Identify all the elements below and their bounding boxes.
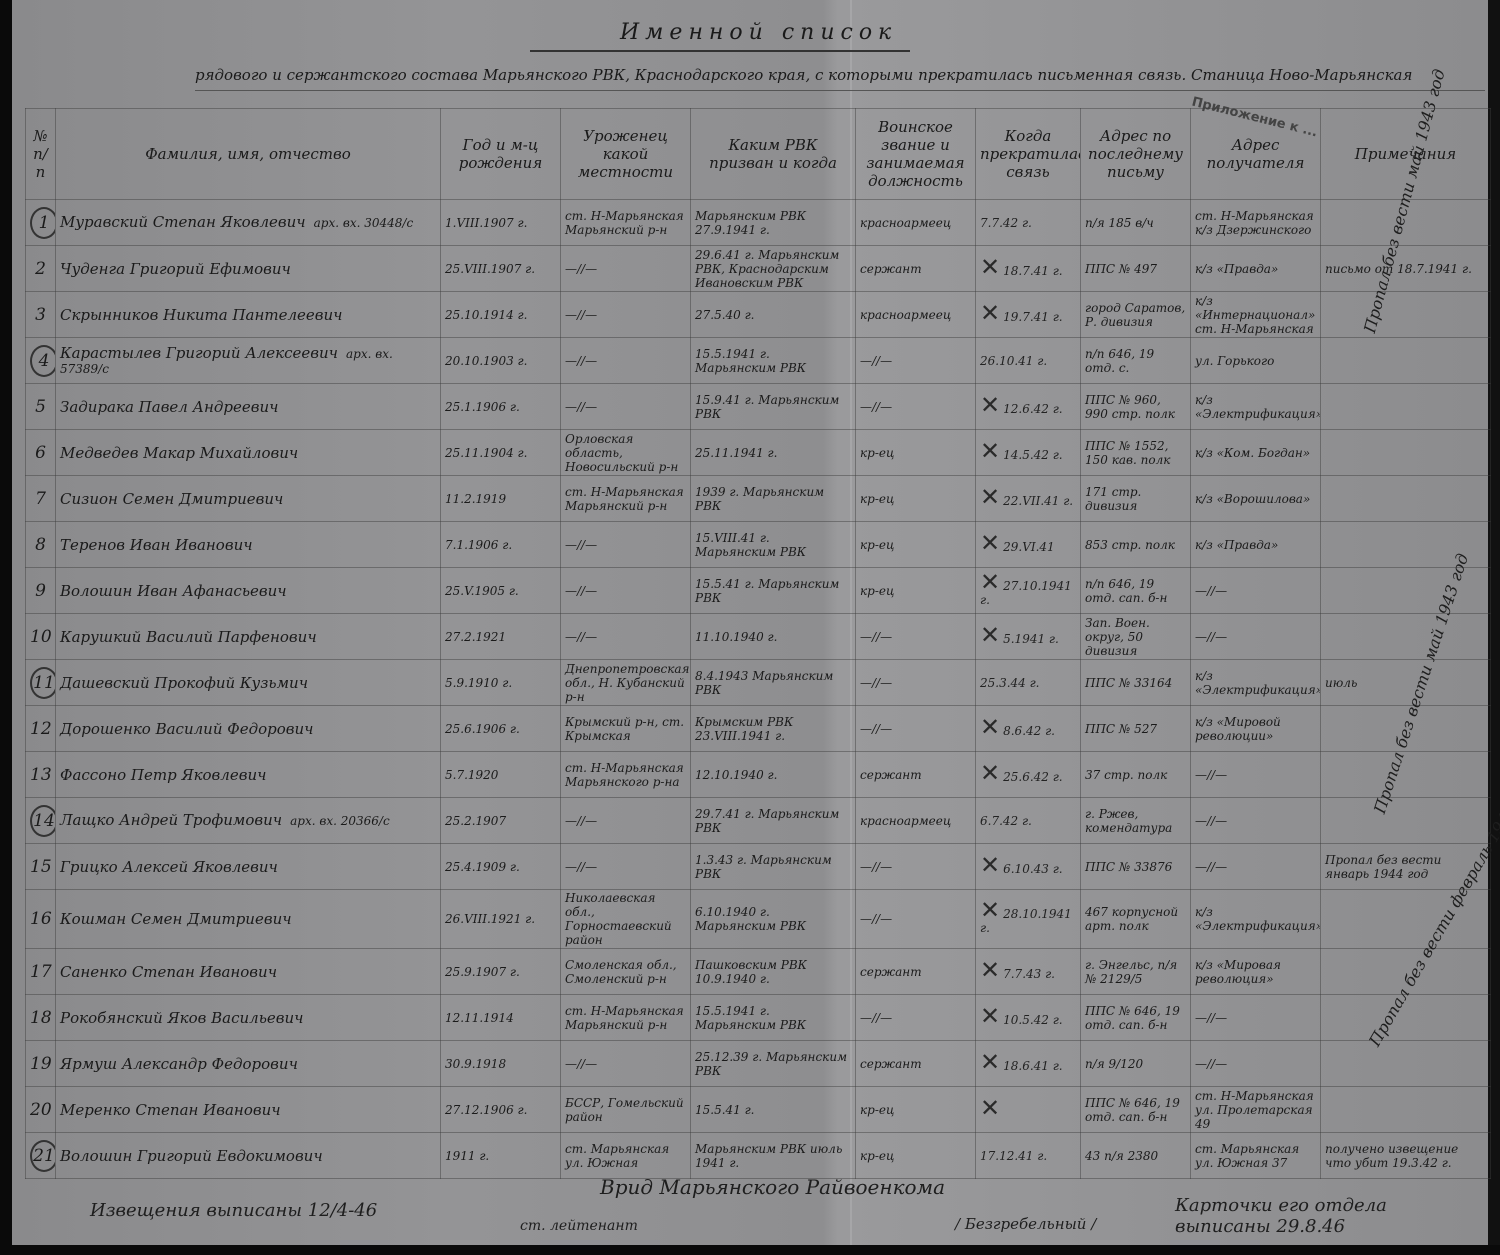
remark: письмо от 18.7.1941 г.	[1321, 246, 1491, 292]
person-name-text: Ярмуш Александр Федорович	[60, 1055, 298, 1073]
contact-lost-date: ✕14.5.42 г.	[976, 430, 1081, 476]
rank: кр-ец	[856, 568, 976, 614]
table-row: 2Чуденга Григорий Ефимович25.VIII.1907 г…	[26, 246, 1491, 292]
birthplace: —//—	[561, 522, 691, 568]
person-name-text: Меренко Степан Иванович	[60, 1101, 281, 1119]
person-name-text: Муравский Степан Яковлевич	[60, 213, 306, 231]
birthplace: —//—	[561, 246, 691, 292]
birth-date: 25.1.1906 г.	[441, 384, 561, 430]
person-name: Задирака Павел Андреевич	[56, 384, 441, 430]
rank: кр-ец	[856, 430, 976, 476]
birth-date: 25.6.1906 г.	[441, 706, 561, 752]
contact-lost-date-text: 19.7.41 г.	[1003, 310, 1063, 324]
row-number: 5	[26, 384, 56, 430]
cross-mark-icon: ✕	[980, 1002, 1000, 1030]
recipient-address: к/з «Правда»	[1191, 246, 1321, 292]
contact-lost-date-text: 17.12.41 г.	[980, 1149, 1047, 1163]
rank: красноармеец	[856, 798, 976, 844]
person-name: Теренов Иван Иванович	[56, 522, 441, 568]
contact-lost-date: ✕5.1941 г.	[976, 614, 1081, 660]
table-row: 1Муравский Степан Яковлевичарх. вх. 3044…	[26, 200, 1491, 246]
birth-date: 25.4.1909 г.	[441, 844, 561, 890]
drafted-by: 25.12.39 г. Марьянским РВК	[691, 1041, 856, 1087]
contact-lost-date: ✕25.6.42 г.	[976, 752, 1081, 798]
row-number: 3	[26, 292, 56, 338]
recipient-address: —//—	[1191, 995, 1321, 1041]
contact-lost-date: ✕12.6.42 г.	[976, 384, 1081, 430]
table-row: 6Медведев Макар Михайлович25.11.1904 г.О…	[26, 430, 1491, 476]
last-address: Зап. Воен. округ, 50 дивизия	[1081, 614, 1191, 660]
scan-edge-bottom	[0, 1245, 1500, 1255]
table-row: 13Фассоно Петр Яковлевич5.7.1920ст. Н-Ма…	[26, 752, 1491, 798]
row-number: 10	[26, 614, 56, 660]
recipient-address: к/з «Правда»	[1191, 522, 1321, 568]
birth-date: 20.10.1903 г.	[441, 338, 561, 384]
contact-lost-date-text: 6.7.42 г.	[980, 814, 1032, 828]
last-address: п/я 9/120	[1081, 1041, 1191, 1087]
row-number: 8	[26, 522, 56, 568]
table-row: 14Лащко Андрей Трофимовичарх. вх. 20366/…	[26, 798, 1491, 844]
last-address: 171 стр. дивизия	[1081, 476, 1191, 522]
column-header: Адрес получателя	[1191, 109, 1321, 200]
contact-lost-date: ✕18.6.41 г.	[976, 1041, 1081, 1087]
birth-date: 5.7.1920	[441, 752, 561, 798]
cross-mark-icon: ✕	[980, 1094, 1000, 1122]
rank: —//—	[856, 338, 976, 384]
recipient-address: к/з «Электрификация»	[1191, 660, 1321, 706]
birth-date: 11.2.1919	[441, 476, 561, 522]
birthplace: —//—	[561, 844, 691, 890]
birth-date: 12.11.1914	[441, 995, 561, 1041]
table-row: 9Волошин Иван Афанасьевич25.V.1905 г.—//…	[26, 568, 1491, 614]
contact-lost-date-text: 14.5.42 г.	[1003, 448, 1063, 462]
column-header: № п/п	[26, 109, 56, 200]
person-name: Грицко Алексей Яковлевич	[56, 844, 441, 890]
birth-date: 7.1.1906 г.	[441, 522, 561, 568]
archive-note: арх. вх. 20366/с	[290, 814, 390, 828]
drafted-by: 12.10.1940 г.	[691, 752, 856, 798]
row-number: 16	[26, 890, 56, 949]
person-name: Карушкий Василий Парфенович	[56, 614, 441, 660]
last-address: город Саратов, Р. дивизия	[1081, 292, 1191, 338]
birth-date: 25.VIII.1907 г.	[441, 246, 561, 292]
table-row: 18Рокобянский Яков Васильевич12.11.1914с…	[26, 995, 1491, 1041]
last-address: г. Ржев, комендатура	[1081, 798, 1191, 844]
drafted-by: Марьянским РВК 27.9.1941 г.	[691, 200, 856, 246]
row-number: 19	[26, 1041, 56, 1087]
birth-date: 25.V.1905 г.	[441, 568, 561, 614]
row-number: 13	[26, 752, 56, 798]
contact-lost-date: ✕19.7.41 г.	[976, 292, 1081, 338]
person-name: Саненко Степан Иванович	[56, 949, 441, 995]
row-number: 15	[26, 844, 56, 890]
row-number: 6	[26, 430, 56, 476]
contact-lost-date-text: 8.6.42 г.	[1003, 724, 1055, 738]
last-address: ППС № 527	[1081, 706, 1191, 752]
signature-rank: ст. лейтенант	[520, 1218, 638, 1234]
recipient-address: —//—	[1191, 844, 1321, 890]
drafted-by: 15.5.41 г. Марьянским РВК	[691, 568, 856, 614]
person-name: Ярмуш Александр Федорович	[56, 1041, 441, 1087]
person-name-text: Скрынников Никита Пантелеевич	[60, 306, 343, 324]
row-number-label: 9	[35, 581, 46, 601]
person-name-text: Волошин Иван Афанасьевич	[60, 582, 287, 600]
birth-date: 1911 г.	[441, 1133, 561, 1179]
table-row: 15Грицко Алексей Яковлевич25.4.1909 г.—/…	[26, 844, 1491, 890]
cross-mark-icon: ✕	[980, 437, 1000, 465]
person-name: Карастылев Григорий Алексеевичарх. вх. 5…	[56, 338, 441, 384]
rank: кр-ец	[856, 476, 976, 522]
person-name: Рокобянский Яков Васильевич	[56, 995, 441, 1041]
person-name-text: Дашевский Прокофий Кузьмич	[60, 674, 308, 692]
row-number: 2	[26, 246, 56, 292]
drafted-by: 1939 г. Марьянским РВК	[691, 476, 856, 522]
last-address: ППС № 33164	[1081, 660, 1191, 706]
rank: —//—	[856, 890, 976, 949]
person-name: Чуденга Григорий Ефимович	[56, 246, 441, 292]
document-title: Именной список	[620, 20, 897, 45]
person-name: Сизион Семен Дмитриевич	[56, 476, 441, 522]
row-number: 18	[26, 995, 56, 1041]
row-number-label: 16	[30, 909, 52, 929]
row-number-label: 12	[30, 719, 52, 739]
person-name-text: Карастылев Григорий Алексеевич	[60, 344, 338, 362]
rank: кр-ец	[856, 1133, 976, 1179]
rank: сержант	[856, 949, 976, 995]
last-address: п/п 646, 19 отд. сап. б-н	[1081, 568, 1191, 614]
table-row: 4Карастылев Григорий Алексеевичарх. вх. …	[26, 338, 1491, 384]
person-name-text: Саненко Степан Иванович	[60, 963, 277, 981]
last-address: 467 корпусной арт. полк	[1081, 890, 1191, 949]
table-row: 10Карушкий Василий Парфенович27.2.1921—/…	[26, 614, 1491, 660]
birthplace: —//—	[561, 1041, 691, 1087]
birthplace: —//—	[561, 338, 691, 384]
contact-lost-date: ✕22.VII.41 г.	[976, 476, 1081, 522]
contact-lost-date: ✕8.6.42 г.	[976, 706, 1081, 752]
birth-date: 25.10.1914 г.	[441, 292, 561, 338]
birth-date: 25.2.1907	[441, 798, 561, 844]
drafted-by: Марьянским РВК июль 1941 г.	[691, 1133, 856, 1179]
recipient-address: к/з «Электрификация»	[1191, 890, 1321, 949]
contact-lost-date-text: 26.10.41 г.	[980, 354, 1047, 368]
drafted-by: 15.5.41 г.	[691, 1087, 856, 1133]
recipient-address: к/з «Электрификация»	[1191, 384, 1321, 430]
remark	[1321, 798, 1491, 844]
name-list-table: № п/пФамилия, имя, отчествоГод и м-ц рож…	[25, 108, 1491, 1179]
recipient-address: ст. Н-Марьянская ул. Пролетарская 49	[1191, 1087, 1321, 1133]
recipient-address: к/з «Ворошилова»	[1191, 476, 1321, 522]
remark	[1321, 430, 1491, 476]
last-address: 43 п/я 2380	[1081, 1133, 1191, 1179]
drafted-by: 27.5.40 г.	[691, 292, 856, 338]
contact-lost-date: 26.10.41 г.	[976, 338, 1081, 384]
drafted-by: Пашковским РВК 10.9.1940 г.	[691, 949, 856, 995]
remark: получено извещение что убит 19.3.42 г.	[1321, 1133, 1491, 1179]
recipient-address: —//—	[1191, 1041, 1321, 1087]
contact-lost-date-text: 6.10.43 г.	[1003, 862, 1063, 876]
person-name: Дашевский Прокофий Кузьмич	[56, 660, 441, 706]
contact-lost-date: ✕6.10.43 г.	[976, 844, 1081, 890]
rank: сержант	[856, 246, 976, 292]
remark	[1321, 614, 1491, 660]
recipient-address: ст. Марьянская ул. Южная 37	[1191, 1133, 1321, 1179]
contact-lost-date: ✕18.7.41 г.	[976, 246, 1081, 292]
birthplace: Николаевская обл., Горностаевский район	[561, 890, 691, 949]
archive-note: арх. вх. 30448/с	[314, 216, 414, 230]
table-row: 3Скрынников Никита Пантелеевич25.10.1914…	[26, 292, 1491, 338]
contact-lost-date-text: 25.3.44 г.	[980, 676, 1040, 690]
rank: кр-ец	[856, 1087, 976, 1133]
notices-issued-note: Извещения выписаны 12/4-46	[90, 1200, 420, 1221]
person-name-text: Чуденга Григорий Ефимович	[60, 260, 291, 278]
column-header: Уроженец какой местности	[561, 109, 691, 200]
cross-mark-icon: ✕	[980, 1048, 1000, 1076]
row-number-label: 18	[30, 1008, 52, 1028]
drafted-by: 15.VIII.41 г. Марьянским РВК	[691, 522, 856, 568]
person-name-text: Лащко Андрей Трофимович	[60, 811, 282, 829]
rank: —//—	[856, 995, 976, 1041]
document-sheet: Именной список рядового и сержантского с…	[10, 0, 1488, 1245]
table-row: 20Меренко Степан Иванович27.12.1906 г.БС…	[26, 1087, 1491, 1133]
birthplace: Орловская область, Новосильский р-н	[561, 430, 691, 476]
birthplace: ст. Н-Марьянская Марьянского р-на	[561, 752, 691, 798]
last-address: ППС № 646, 19 отд. сап. б-н	[1081, 1087, 1191, 1133]
recipient-address: —//—	[1191, 752, 1321, 798]
birth-date: 25.11.1904 г.	[441, 430, 561, 476]
person-name: Медведев Макар Михайлович	[56, 430, 441, 476]
row-number-label: 4	[30, 345, 56, 377]
drafted-by: Крымским РВК 23.VIII.1941 г.	[691, 706, 856, 752]
row-number-label: 13	[30, 765, 52, 785]
last-address: ППС № 497	[1081, 246, 1191, 292]
cross-mark-icon: ✕	[980, 759, 1000, 787]
birthplace: ст. Н-Марьянская Марьянский р-н	[561, 995, 691, 1041]
last-address: ППС № 960, 990 стр. полк	[1081, 384, 1191, 430]
row-number-label: 5	[35, 397, 46, 417]
table-row: 19Ярмуш Александр Федорович30.9.1918—//—…	[26, 1041, 1491, 1087]
birthplace: БССР, Гомельский район	[561, 1087, 691, 1133]
cross-mark-icon: ✕	[980, 299, 1000, 327]
row-number-label: 19	[30, 1054, 52, 1074]
person-name: Меренко Степан Иванович	[56, 1087, 441, 1133]
signature-name: / Безгребельный /	[955, 1215, 1096, 1233]
table-body: 1Муравский Степан Яковлевичарх. вх. 3044…	[26, 200, 1491, 1179]
birthplace: Крымский р-н, ст. Крымская	[561, 706, 691, 752]
drafted-by: 6.10.1940 г. Марьянским РВК	[691, 890, 856, 949]
person-name-text: Медведев Макар Михайлович	[60, 444, 298, 462]
birthplace: ст. Н-Марьянская Марьянский р-н	[561, 200, 691, 246]
last-address: п/я 185 в/ч	[1081, 200, 1191, 246]
row-number: 12	[26, 706, 56, 752]
contact-lost-date: ✕28.10.1941 г.	[976, 890, 1081, 949]
rank: сержант	[856, 752, 976, 798]
cross-mark-icon: ✕	[980, 568, 1000, 596]
cross-mark-icon: ✕	[980, 896, 1000, 924]
person-name-text: Грицко Алексей Яковлевич	[60, 858, 278, 876]
contact-lost-date: ✕7.7.43 г.	[976, 949, 1081, 995]
table-row: 16Кошман Семен Дмитриевич26.VIII.1921 г.…	[26, 890, 1491, 949]
row-number: 17	[26, 949, 56, 995]
last-address: 853 стр. полк	[1081, 522, 1191, 568]
rank: —//—	[856, 384, 976, 430]
row-number-label: 2	[35, 259, 46, 279]
cross-mark-icon: ✕	[980, 956, 1000, 984]
drafted-by: 29.7.41 г. Марьянским РВК	[691, 798, 856, 844]
cross-mark-icon: ✕	[980, 621, 1000, 649]
person-name: Муравский Степан Яковлевичарх. вх. 30448…	[56, 200, 441, 246]
cross-mark-icon: ✕	[980, 713, 1000, 741]
table-row: 8Теренов Иван Иванович7.1.1906 г.—//—15.…	[26, 522, 1491, 568]
contact-lost-date-text: 22.VII.41 г.	[1003, 494, 1073, 508]
person-name-text: Фассоно Петр Яковлевич	[60, 766, 266, 784]
birthplace: —//—	[561, 292, 691, 338]
row-number-label: 21	[30, 1140, 56, 1172]
remark	[1321, 338, 1491, 384]
contact-lost-date-text: 12.6.42 г.	[1003, 402, 1063, 416]
birth-date: 1.VIII.1907 г.	[441, 200, 561, 246]
recipient-address: к/з «Мировая революция»	[1191, 949, 1321, 995]
last-address: 37 стр. полк	[1081, 752, 1191, 798]
table-row: 11Дашевский Прокофий Кузьмич5.9.1910 г.Д…	[26, 660, 1491, 706]
table-row: 17Саненко Степан Иванович25.9.1907 г.Смо…	[26, 949, 1491, 995]
remark	[1321, 476, 1491, 522]
drafted-by: 15.5.1941 г. Марьянским РВК	[691, 995, 856, 1041]
person-name: Лащко Андрей Трофимовичарх. вх. 20366/с	[56, 798, 441, 844]
drafted-by: 25.11.1941 г.	[691, 430, 856, 476]
person-name: Волошин Иван Афанасьевич	[56, 568, 441, 614]
person-name-text: Волошин Григорий Евдокимович	[60, 1147, 323, 1165]
contact-lost-date: 17.12.41 г.	[976, 1133, 1081, 1179]
rank: —//—	[856, 844, 976, 890]
cross-mark-icon: ✕	[980, 483, 1000, 511]
row-number-label: 20	[30, 1100, 52, 1120]
birthplace: —//—	[561, 798, 691, 844]
birth-date: 30.9.1918	[441, 1041, 561, 1087]
contact-lost-date-text: 10.5.42 г.	[1003, 1013, 1063, 1027]
contact-lost-date: ✕27.10.1941 г.	[976, 568, 1081, 614]
birthplace: —//—	[561, 384, 691, 430]
person-name-text: Карушкий Василий Парфенович	[60, 628, 317, 646]
remark	[1321, 1041, 1491, 1087]
contact-lost-date: 25.3.44 г.	[976, 660, 1081, 706]
row-number-label: 17	[30, 962, 52, 982]
signature-title: Врид Марьянского Райвоенкома	[600, 1175, 945, 1199]
birth-date: 27.2.1921	[441, 614, 561, 660]
drafted-by: 15.5.1941 г. Марьянским РВК	[691, 338, 856, 384]
birthplace: ст. Н-Марьянская Марьянский р-н	[561, 476, 691, 522]
drafted-by: 1.3.43 г. Марьянским РВК	[691, 844, 856, 890]
recipient-address: —//—	[1191, 798, 1321, 844]
contact-lost-date-text: 25.6.42 г.	[1003, 770, 1063, 784]
column-header: Фамилия, имя, отчество	[56, 109, 441, 200]
column-header: Адрес по последнему письму	[1081, 109, 1191, 200]
person-name-text: Дорошенко Василий Федорович	[60, 720, 313, 738]
birthplace: Днепропетровская обл., Н. Кубанский р-н	[561, 660, 691, 706]
cross-mark-icon: ✕	[980, 851, 1000, 879]
row-number-label: 1	[30, 207, 56, 239]
cross-mark-icon: ✕	[980, 391, 1000, 419]
drafted-by: 29.6.41 г. Марьянским РВК, Краснодарским…	[691, 246, 856, 292]
rank: —//—	[856, 660, 976, 706]
contact-lost-date-text: 7.7.42 г.	[980, 216, 1032, 230]
rank: —//—	[856, 706, 976, 752]
birth-date: 26.VIII.1921 г.	[441, 890, 561, 949]
contact-lost-date: ✕10.5.42 г.	[976, 995, 1081, 1041]
column-header: Год и м-ц рождения	[441, 109, 561, 200]
rank: кр-ец	[856, 522, 976, 568]
contact-lost-date-text: 7.7.43 г.	[1003, 967, 1055, 981]
row-number-label: 6	[35, 443, 46, 463]
remark	[1321, 292, 1491, 338]
recipient-address: ул. Горького	[1191, 338, 1321, 384]
last-address: п/п 646, 19 отд. с.	[1081, 338, 1191, 384]
row-number-label: 7	[35, 489, 46, 509]
table-row: 21Волошин Григорий Евдокимович1911 г.ст.…	[26, 1133, 1491, 1179]
rank: сержант	[856, 1041, 976, 1087]
person-name: Скрынников Никита Пантелеевич	[56, 292, 441, 338]
title-underline	[530, 50, 910, 52]
rank: красноармеец	[856, 292, 976, 338]
table-header-row: № п/пФамилия, имя, отчествоГод и м-ц рож…	[26, 109, 1491, 200]
person-name: Фассоно Петр Яковлевич	[56, 752, 441, 798]
recipient-address: —//—	[1191, 568, 1321, 614]
birthplace: —//—	[561, 568, 691, 614]
contact-lost-date-text: 5.1941 г.	[1003, 632, 1059, 646]
contact-lost-date: 7.7.42 г.	[976, 200, 1081, 246]
contact-lost-date: 6.7.42 г.	[976, 798, 1081, 844]
remark	[1321, 384, 1491, 430]
row-number: 21	[26, 1133, 56, 1179]
contact-lost-date-text: 18.7.41 г.	[1003, 264, 1063, 278]
person-name: Дорошенко Василий Федорович	[56, 706, 441, 752]
last-address: ППС № 646, 19 отд. сап. б-н	[1081, 995, 1191, 1041]
birthplace: ст. Марьянская ул. Южная	[561, 1133, 691, 1179]
birthplace: —//—	[561, 614, 691, 660]
scan-edge-left	[0, 0, 12, 1255]
person-name: Кошман Семен Дмитриевич	[56, 890, 441, 949]
birth-date: 27.12.1906 г.	[441, 1087, 561, 1133]
row-number-label: 10	[30, 627, 52, 647]
rank: —//—	[856, 614, 976, 660]
column-header: Воинское звание и занимаемая должность	[856, 109, 976, 200]
recipient-address: к/з «Мировой революции»	[1191, 706, 1321, 752]
recipient-address: —//—	[1191, 614, 1321, 660]
birth-date: 5.9.1910 г.	[441, 660, 561, 706]
drafted-by: 11.10.1940 г.	[691, 614, 856, 660]
birthplace: Смоленская обл., Смоленский р-н	[561, 949, 691, 995]
table-row: 7Сизион Семен Дмитриевич11.2.1919ст. Н-М…	[26, 476, 1491, 522]
contact-lost-date: ✕29.VI.41	[976, 522, 1081, 568]
contact-lost-date: ✕	[976, 1087, 1081, 1133]
cross-mark-icon: ✕	[980, 529, 1000, 557]
recipient-address: к/з «Интернационал» ст. Н-Марьянская	[1191, 292, 1321, 338]
recipient-address: ст. Н-Марьянская к/з Дзержинского	[1191, 200, 1321, 246]
row-number-label: 3	[35, 305, 46, 325]
row-number: 1	[26, 200, 56, 246]
row-number-label: 14	[30, 805, 56, 837]
row-number: 14	[26, 798, 56, 844]
column-header: Когда прекратилась связь	[976, 109, 1081, 200]
person-name: Волошин Григорий Евдокимович	[56, 1133, 441, 1179]
cross-mark-icon: ✕	[980, 253, 1000, 281]
row-number: 7	[26, 476, 56, 522]
drafted-by: 15.9.41 г. Марьянским РВК	[691, 384, 856, 430]
row-number: 20	[26, 1087, 56, 1133]
table-row: 12Дорошенко Василий Федорович25.6.1906 г…	[26, 706, 1491, 752]
contact-lost-date-text: 29.VI.41	[1003, 540, 1055, 554]
birth-date: 25.9.1907 г.	[441, 949, 561, 995]
person-name-text: Задирака Павел Андреевич	[60, 398, 278, 416]
